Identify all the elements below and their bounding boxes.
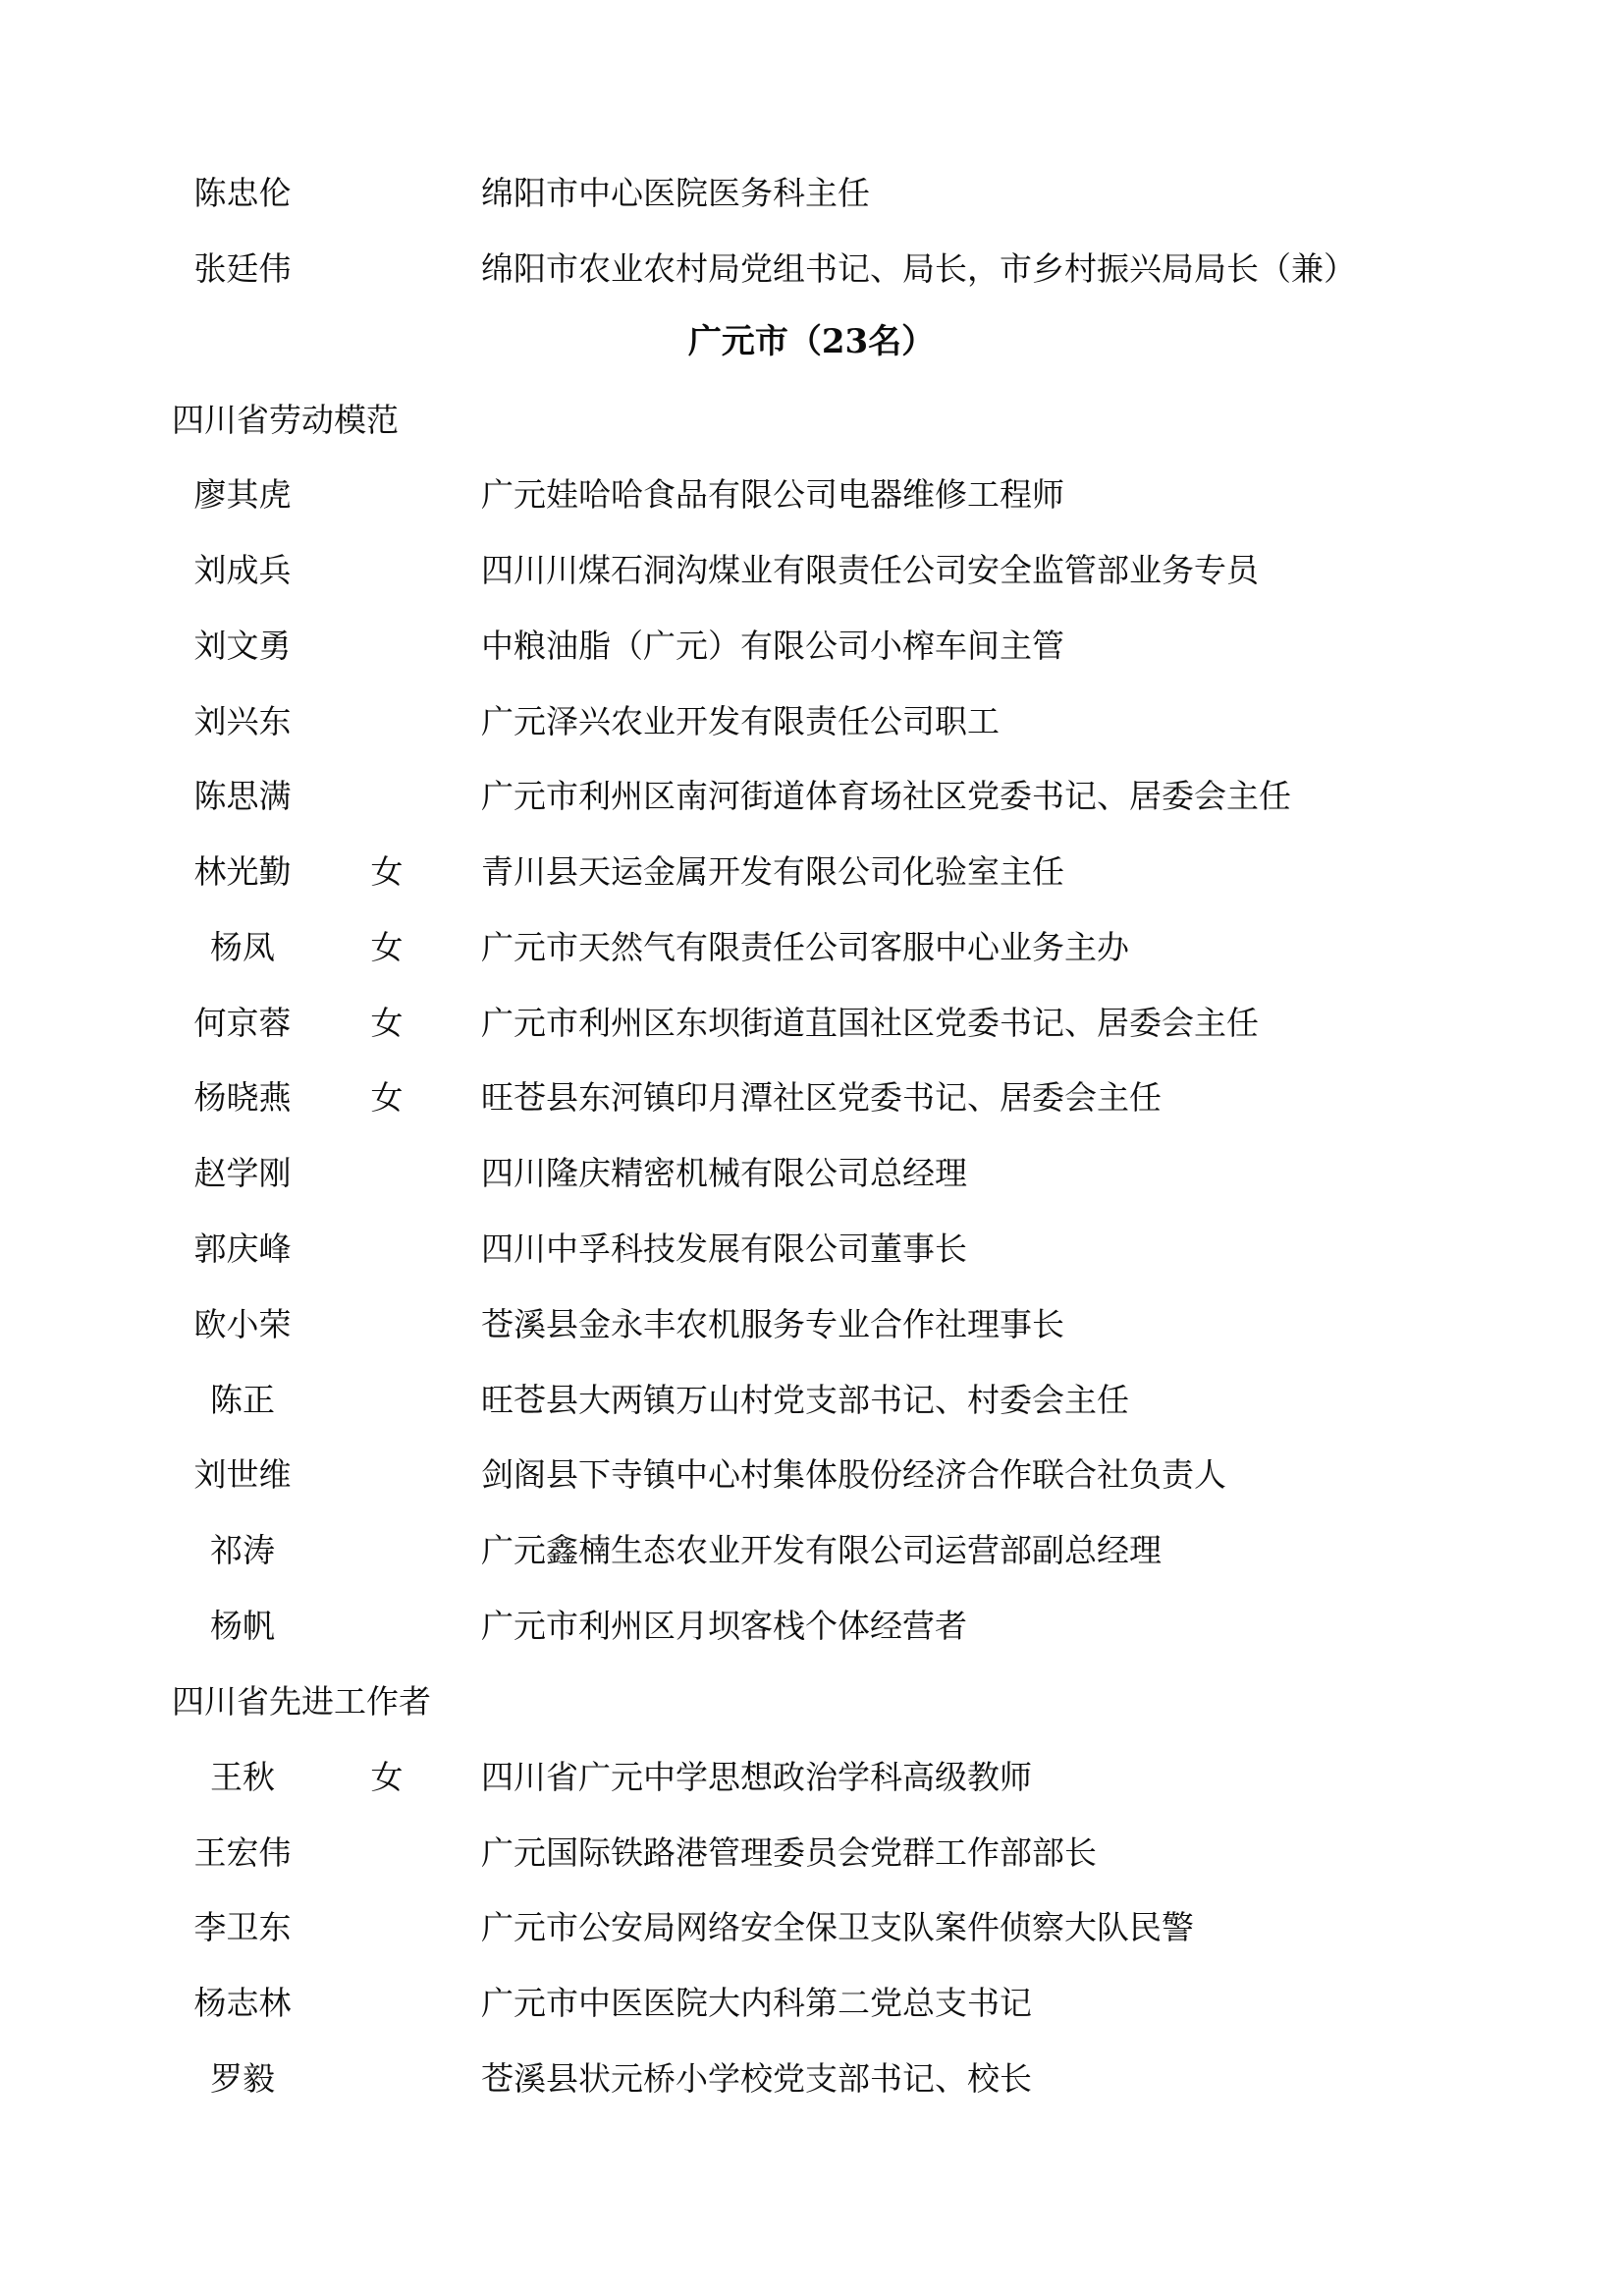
person-name: 陈正	[193, 1381, 292, 1420]
person-title: 绵阳市农业农村局党组书记、局长，市乡村振兴局局长（兼）	[481, 249, 1356, 289]
person-name: 陈忠伦	[193, 174, 292, 213]
table-row: 陈忠伦 绵阳市中心医院医务科主任	[0, 174, 1623, 213]
person-gender: 女	[370, 1004, 404, 1043]
person-title: 广元市公安局网络安全保卫支队案件侦察大队民警	[481, 1908, 1194, 1947]
person-name: 何京蓉	[193, 1004, 292, 1043]
person-title: 旺苍县东河镇印月潭社区党委书记、居委会主任	[481, 1078, 1162, 1118]
person-name: 祁涛	[193, 1531, 292, 1570]
person-name: 杨志林	[193, 1984, 292, 2023]
table-row: 刘兴东 广元泽兴农业开发有限责任公司职工	[0, 702, 1623, 741]
person-title: 广元市中医医院大内科第二党总支书记	[481, 1984, 1032, 2023]
table-row: 刘文勇 中粮油脂（广元）有限公司小榨车间主管	[0, 627, 1623, 666]
person-gender: 女	[370, 928, 404, 967]
table-row: 张廷伟 绵阳市农业农村局党组书记、局长，市乡村振兴局局长（兼）	[0, 249, 1623, 289]
person-name: 赵学刚	[193, 1154, 292, 1193]
person-title: 四川中孚科技发展有限公司董事长	[481, 1230, 967, 1269]
person-name: 杨凤	[193, 928, 292, 967]
person-name: 刘文勇	[193, 627, 292, 666]
person-title: 广元市利州区东坝街道苴国社区党委书记、居委会主任	[481, 1004, 1259, 1043]
person-name: 林光勤	[193, 852, 292, 892]
person-name: 杨帆	[193, 1607, 292, 1646]
person-gender: 女	[370, 852, 404, 892]
table-row: 杨志林 广元市中医医院大内科第二党总支书记	[0, 1984, 1623, 2023]
section-header-labor-models: 四川省劳动模范	[0, 401, 1623, 440]
person-name: 王秋	[193, 1758, 292, 1797]
person-name: 欧小荣	[193, 1305, 292, 1344]
document-page: 陈忠伦 绵阳市中心医院医务科主任 张廷伟 绵阳市农业农村局党组书记、局长，市乡村…	[0, 0, 1623, 2296]
table-row: 何京蓉 女 广元市利州区东坝街道苴国社区党委书记、居委会主任	[0, 1004, 1623, 1043]
person-title: 广元国际铁路港管理委员会党群工作部部长	[481, 1833, 1097, 1873]
person-title: 广元泽兴农业开发有限责任公司职工	[481, 702, 1000, 741]
person-name: 郭庆峰	[193, 1230, 292, 1269]
table-row: 刘世维 剑阁县下寺镇中心村集体股份经济合作联合社负责人	[0, 1455, 1623, 1495]
person-gender: 女	[370, 1758, 404, 1797]
person-name: 刘兴东	[193, 702, 292, 741]
person-name: 李卫东	[193, 1908, 292, 1947]
city-heading: 广元市（23名）	[0, 322, 1623, 361]
table-row: 杨帆 广元市利州区月坝客栈个体经营者	[0, 1607, 1623, 1646]
table-row: 林光勤 女 青川县天运金属开发有限公司化验室主任	[0, 852, 1623, 892]
person-name: 王宏伟	[193, 1833, 292, 1873]
person-title: 苍溪县状元桥小学校党支部书记、校长	[481, 2059, 1032, 2099]
table-row: 陈正 旺苍县大两镇万山村党支部书记、村委会主任	[0, 1381, 1623, 1420]
person-title: 四川省广元中学思想政治学科高级教师	[481, 1758, 1032, 1797]
person-title: 绵阳市中心医院医务科主任	[481, 174, 870, 213]
table-row: 祁涛 广元鑫楠生态农业开发有限公司运营部副总经理	[0, 1531, 1623, 1570]
person-title: 四川川煤石洞沟煤业有限责任公司安全监管部业务专员	[481, 551, 1259, 590]
person-name: 杨晓燕	[193, 1078, 292, 1118]
table-row: 赵学刚 四川隆庆精密机械有限公司总经理	[0, 1154, 1623, 1193]
person-title: 广元鑫楠生态农业开发有限公司运营部副总经理	[481, 1531, 1162, 1570]
person-title: 青川县天运金属开发有限公司化验室主任	[481, 852, 1064, 892]
person-name: 刘世维	[193, 1455, 292, 1495]
person-title: 广元娃哈哈食品有限公司电器维修工程师	[481, 475, 1064, 515]
person-title: 中粮油脂（广元）有限公司小榨车间主管	[481, 627, 1064, 666]
table-row: 罗毅 苍溪县状元桥小学校党支部书记、校长	[0, 2059, 1623, 2099]
table-row: 王宏伟 广元国际铁路港管理委员会党群工作部部长	[0, 1833, 1623, 1873]
person-title: 苍溪县金永丰农机服务专业合作社理事长	[481, 1305, 1064, 1344]
table-row: 李卫东 广元市公安局网络安全保卫支队案件侦察大队民警	[0, 1908, 1623, 1947]
table-row: 陈思满 广元市利州区南河街道体育场社区党委书记、居委会主任	[0, 777, 1623, 816]
person-title: 广元市天然气有限责任公司客服中心业务主办	[481, 928, 1129, 967]
section-header-advanced-workers: 四川省先进工作者	[0, 1682, 1623, 1722]
person-title: 广元市利州区月坝客栈个体经营者	[481, 1607, 967, 1646]
table-row: 郭庆峰 四川中孚科技发展有限公司董事长	[0, 1230, 1623, 1269]
person-name: 陈思满	[193, 777, 292, 816]
table-row: 刘成兵 四川川煤石洞沟煤业有限责任公司安全监管部业务专员	[0, 551, 1623, 590]
person-gender: 女	[370, 1078, 404, 1118]
table-row: 欧小荣 苍溪县金永丰农机服务专业合作社理事长	[0, 1305, 1623, 1344]
person-name: 罗毅	[193, 2059, 292, 2099]
person-name: 刘成兵	[193, 551, 292, 590]
person-name: 廖其虎	[193, 475, 292, 515]
table-row: 杨凤 女 广元市天然气有限责任公司客服中心业务主办	[0, 928, 1623, 967]
table-row: 廖其虎 广元娃哈哈食品有限公司电器维修工程师	[0, 475, 1623, 515]
person-title: 四川隆庆精密机械有限公司总经理	[481, 1154, 967, 1193]
person-title: 剑阁县下寺镇中心村集体股份经济合作联合社负责人	[481, 1455, 1226, 1495]
person-name: 张廷伟	[193, 249, 292, 289]
table-row: 杨晓燕 女 旺苍县东河镇印月潭社区党委书记、居委会主任	[0, 1078, 1623, 1118]
person-title: 旺苍县大两镇万山村党支部书记、村委会主任	[481, 1381, 1129, 1420]
person-title: 广元市利州区南河街道体育场社区党委书记、居委会主任	[481, 777, 1291, 816]
table-row: 王秋 女 四川省广元中学思想政治学科高级教师	[0, 1758, 1623, 1797]
